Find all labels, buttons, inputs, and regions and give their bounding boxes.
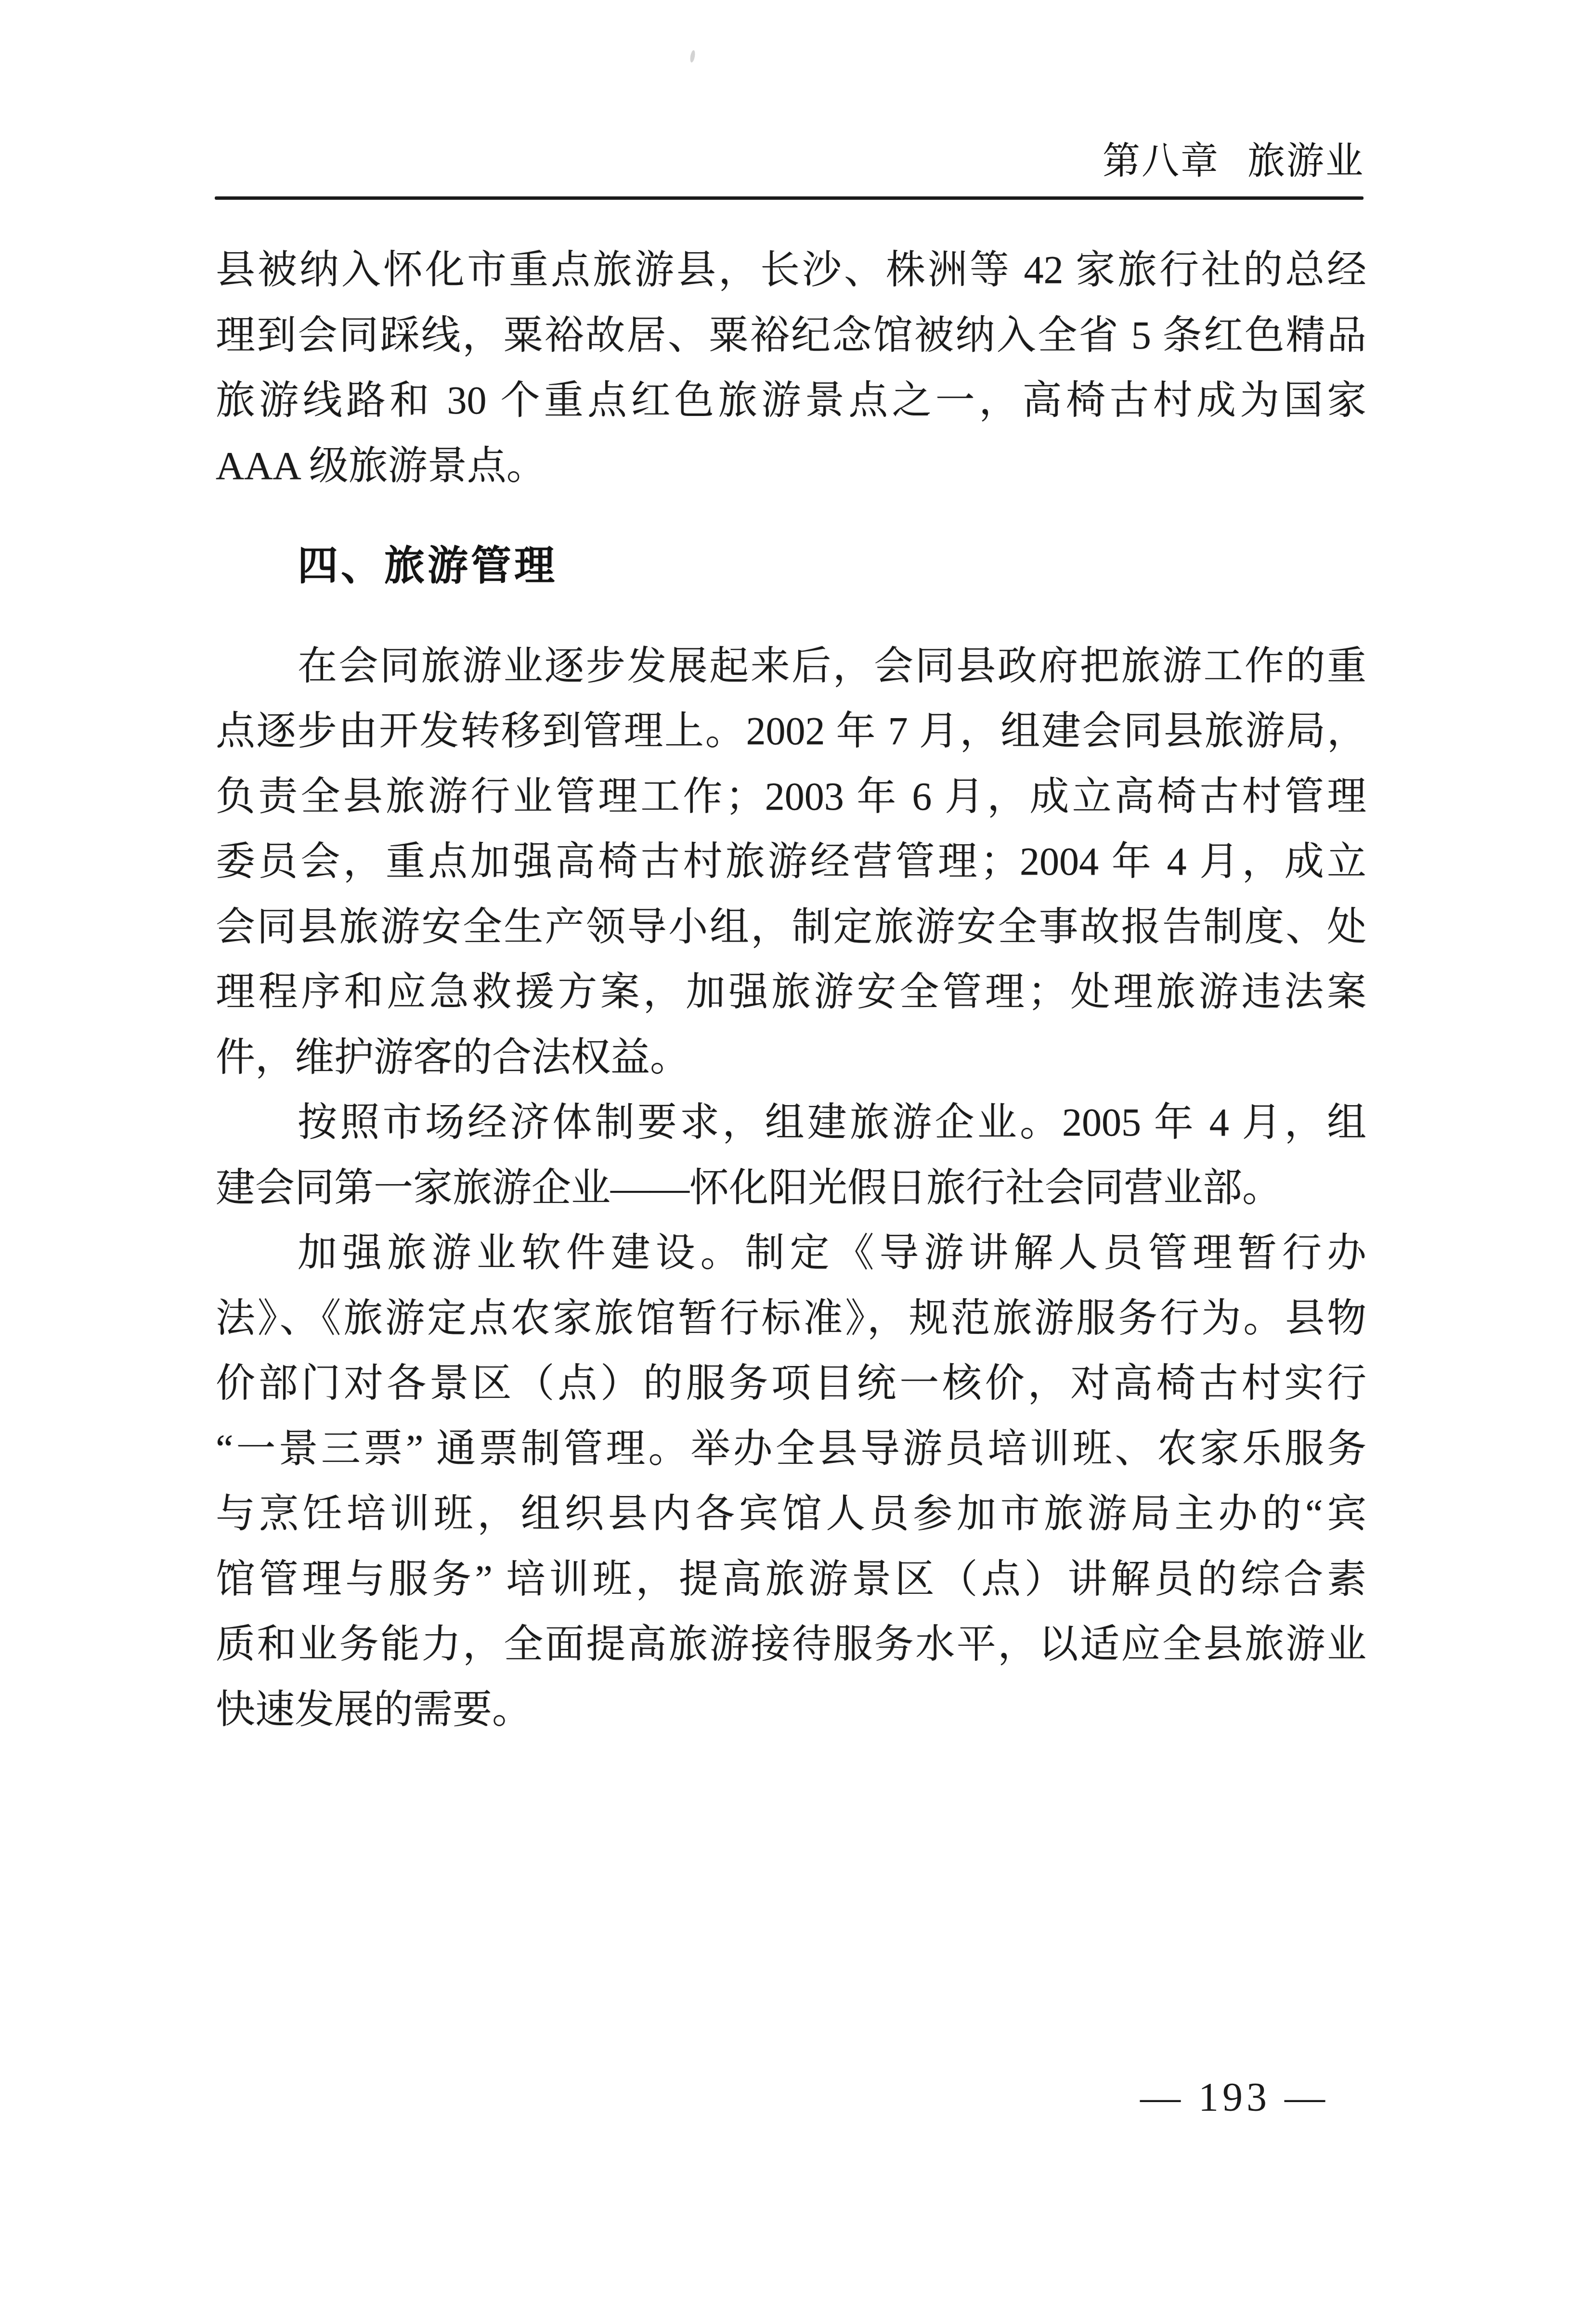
book-page: 第八章旅游业 县被纳入怀化市重点旅游县，长沙、株洲等 42 家旅行社的总经 理到…	[0, 0, 1572, 2324]
chapter-title: 旅游业	[1247, 140, 1364, 182]
text-line: 县被纳入怀化市重点旅游县，长沙、株洲等 42 家旅行社的总经	[216, 237, 1366, 303]
text-line: AAA 级旅游景点。	[216, 433, 1366, 499]
text-line: 理程序和应急救援方案，加强旅游安全管理；处理旅游违法案	[216, 959, 1366, 1025]
text-line: 价部门对各景区（点）的服务项目统一核价，对高椅古村实行	[216, 1351, 1366, 1416]
paragraph-management: 在会同旅游业逐步发展起来后，会同县政府把旅游工作的重 点逐步由开发转移到管理上。…	[216, 633, 1366, 1090]
paragraph-software: 加强旅游业软件建设。制定《导游讲解人员管理暂行办 法》、《旅游定点农家旅馆暂行标…	[216, 1220, 1366, 1742]
header-rule	[215, 196, 1364, 200]
text-line: 理到会同踩线，粟裕故居、粟裕纪念馆被纳入全省 5 条红色精品	[216, 303, 1366, 368]
text-line: 旅游线路和 30 个重点红色旅游景点之一，高椅古村成为国家	[216, 368, 1366, 433]
text-line: 按照市场经济体制要求，组建旅游企业。2005 年 4 月，组	[216, 1090, 1366, 1155]
text-line: 馆管理与服务” 培训班，提高旅游景区（点）讲解员的综合素	[216, 1547, 1366, 1612]
text-line: 负责全县旅游行业管理工作；2003 年 6 月，成立高椅古村管理	[216, 764, 1366, 829]
paragraph-enterprise: 按照市场经济体制要求，组建旅游企业。2005 年 4 月，组 建会同第一家旅游企…	[216, 1090, 1366, 1220]
running-header: 第八章旅游业	[1103, 142, 1364, 180]
text-line: 件，维护游客的合法权益。	[216, 1025, 1366, 1090]
scan-speck-artifact	[689, 50, 696, 63]
text-line: 加强旅游业软件建设。制定《导游讲解人员管理暂行办	[216, 1220, 1366, 1286]
text-line: 建会同第一家旅游企业——怀化阳光假日旅行社会同营业部。	[216, 1155, 1366, 1221]
text-line: 质和业务能力，全面提高旅游接待服务水平，以适应全县旅游业	[216, 1612, 1366, 1677]
page-body: 县被纳入怀化市重点旅游县，长沙、株洲等 42 家旅行社的总经 理到会同踩线，粟裕…	[216, 237, 1366, 1742]
section-heading: 四、旅游管理	[216, 533, 1366, 599]
paragraph-continued: 县被纳入怀化市重点旅游县，长沙、株洲等 42 家旅行社的总经 理到会同踩线，粟裕…	[216, 237, 1366, 498]
text-line: 会同县旅游安全生产领导小组，制定旅游安全事故报告制度、处	[216, 894, 1366, 960]
chapter-label: 第八章	[1103, 140, 1220, 182]
text-line: 快速发展的需要。	[216, 1677, 1366, 1743]
text-line: 与烹饪培训班，组织县内各宾馆人员参加市旅游局主办的“宾	[216, 1481, 1366, 1547]
text-line: “一景三票” 通票制管理。举办全县导游员培训班、农家乐服务	[216, 1416, 1366, 1482]
text-line: 法》、《旅游定点农家旅馆暂行标准》，规范旅游服务行为。县物	[216, 1286, 1366, 1351]
text-line: 委员会，重点加强高椅古村旅游经营管理；2004 年 4 月，成立	[216, 829, 1366, 894]
page-number: — 193 —	[1140, 2078, 1329, 2118]
text-line: 在会同旅游业逐步发展起来后，会同县政府把旅游工作的重	[216, 633, 1366, 699]
text-line: 点逐步由开发转移到管理上。2002 年 7 月，组建会同县旅游局，	[216, 698, 1366, 764]
